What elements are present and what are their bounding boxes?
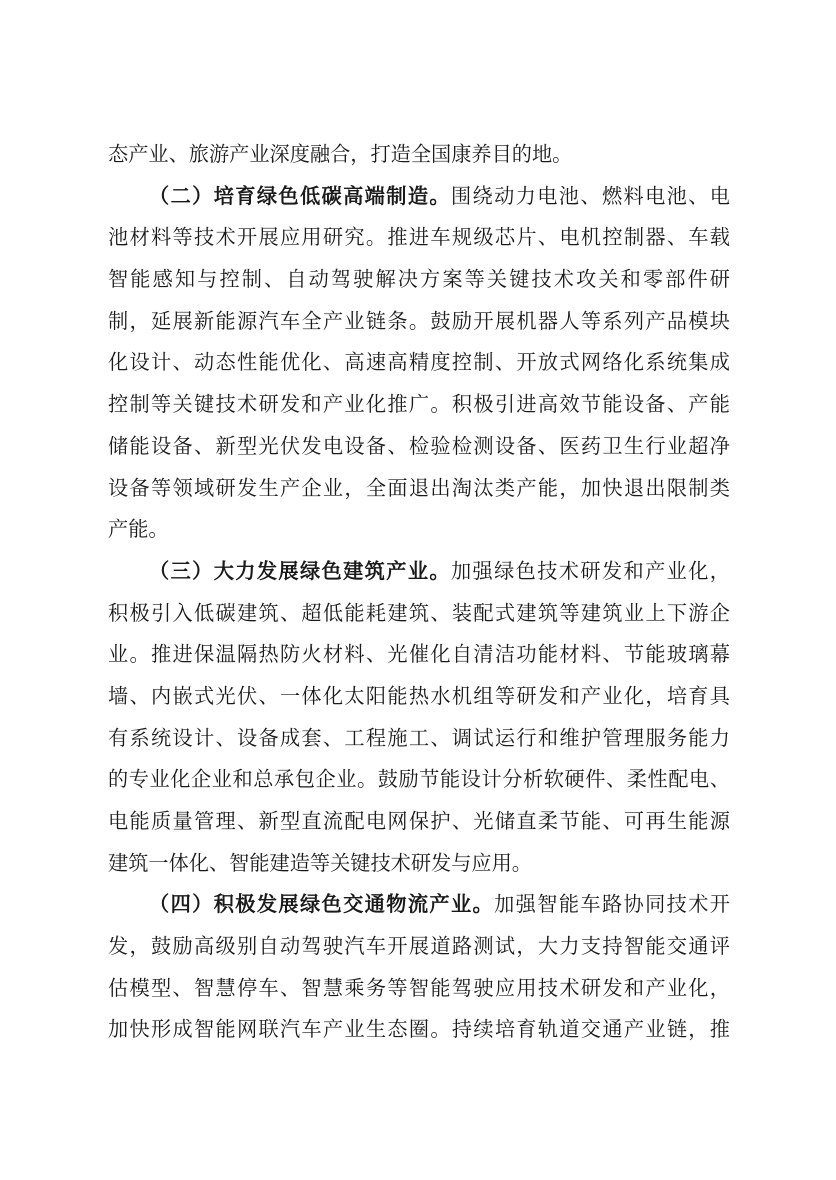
text-line: 智能感知与控制、自动驾驶解决方案等关键技术攻关和零部件研 xyxy=(108,262,730,304)
text-line: （二）培育绿色低碳高端制造。围绕动力电池、燃料电池、电 xyxy=(108,179,730,221)
text-line: 有系统设计、设备成套、工程施工、调试运行和维护管理服务能力 xyxy=(108,721,730,763)
text-line: 估模型、智慧停车、智慧乘务等智能驾驶应用技术研发和产业化， xyxy=(108,971,730,1013)
text-line: 加快形成智能网联汽车产业生态圈。持续培育轨道交通产业链，推 xyxy=(108,1012,730,1054)
text-line: 设备等领域研发生产企业，全面退出淘汰类产能，加快退出限制类 xyxy=(108,471,730,513)
text-line: 池材料等技术开展应用研究。推进车规级芯片、电机控制器、车载 xyxy=(108,220,730,262)
section-heading: （二）培育绿色低碳高端制造。 xyxy=(149,184,451,208)
section-heading: （四）积极发展绿色交通物流产业。 xyxy=(149,892,494,916)
text-line: 化设计、动态性能优化、高速高精度控制、开放式网络化系统集成 xyxy=(108,345,730,387)
text-line: 墙、内嵌式光伏、一体化太阳能热水机组等研发和产业化，培育具 xyxy=(108,679,730,721)
text-line: 发，鼓励高级别自动驾驶汽车开展道路测试，大力支持智能交通评 xyxy=(108,929,730,971)
text-line: 的专业化企业和总承包企业。鼓励节能设计分析软硬件、柔性配电、 xyxy=(108,762,730,804)
paragraph-section-4: （四）积极发展绿色交通物流产业。加强智能车路协同技术开 发，鼓励高级别自动驾驶汽… xyxy=(108,887,730,1054)
text-run: 围绕动力电池、燃料电池、电 xyxy=(451,184,730,208)
text-line: 电能质量管理、新型直流配电网保护、光储直柔节能、可再生能源 xyxy=(108,804,730,846)
paragraph-section-3: （三）大力发展绿色建筑产业。加强绿色技术研发和产业化， 积极引入低碳建筑、超低能… xyxy=(108,554,730,888)
text-line: 控制等关键技术研发和产业化推广。积极引进高效节能设备、产能 xyxy=(108,387,730,429)
section-heading: （三）大力发展绿色建筑产业。 xyxy=(149,559,451,583)
text-run: 加强绿色技术研发和产业化， xyxy=(451,559,730,583)
text-line: 储能设备、新型光伏发电设备、检验检测设备、医药卫生行业超净 xyxy=(108,429,730,471)
document-page: 态产业、旅游产业深度融合，打造全国康养目的地。 （二）培育绿色低碳高端制造。围绕… xyxy=(108,137,730,1054)
text-line: 制，延展新能源汽车全产业链条。鼓励开展机器人等系列产品模块 xyxy=(108,304,730,346)
text-line: （三）大力发展绿色建筑产业。加强绿色技术研发和产业化， xyxy=(108,554,730,596)
text-line: 产能。 xyxy=(108,512,730,554)
paragraph-continuation: 态产业、旅游产业深度融合，打造全国康养目的地。 xyxy=(108,137,730,179)
text-run: 加强智能车路协同技术开 xyxy=(494,892,730,916)
text-line: 业。推进保温隔热防火材料、光催化自清洁功能材料、节能玻璃幕 xyxy=(108,637,730,679)
text-line: 建筑一体化、智能建造等关键技术研发与应用。 xyxy=(108,846,730,888)
text-line: （四）积极发展绿色交通物流产业。加强智能车路协同技术开 xyxy=(108,887,730,929)
text-line: 态产业、旅游产业深度融合，打造全国康养目的地。 xyxy=(108,137,730,179)
text-line: 积极引入低碳建筑、超低能耗建筑、装配式建筑等建筑业上下游企 xyxy=(108,596,730,638)
paragraph-section-2: （二）培育绿色低碳高端制造。围绕动力电池、燃料电池、电 池材料等技术开展应用研究… xyxy=(108,179,730,554)
